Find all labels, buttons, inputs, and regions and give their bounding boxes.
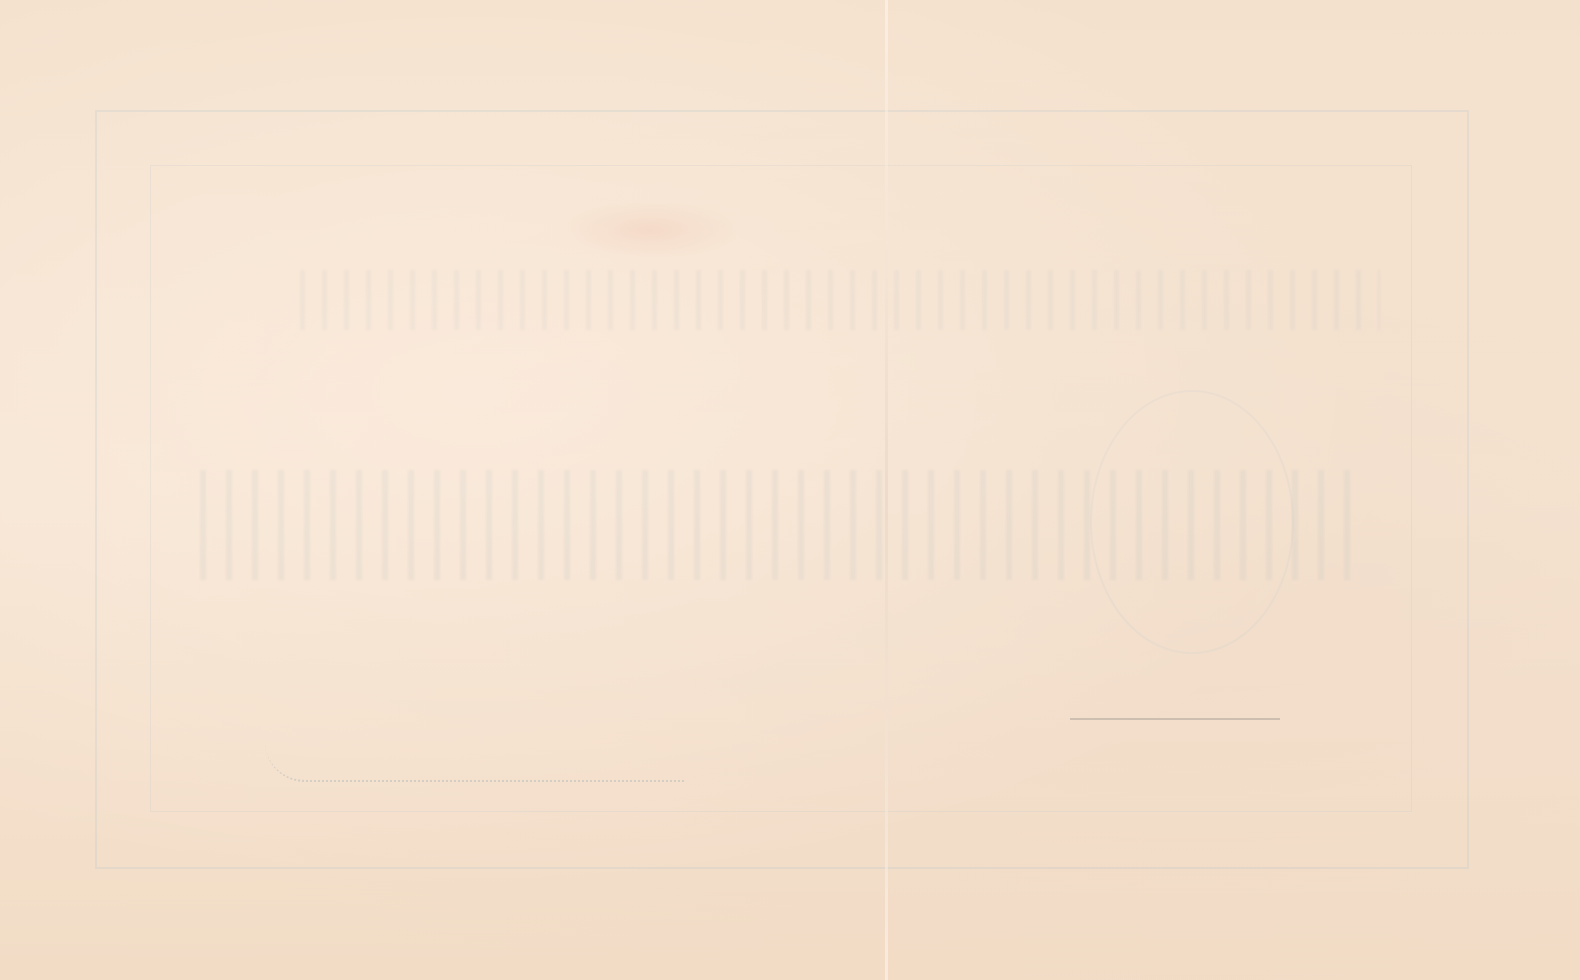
bleed-through-signature <box>265 690 685 782</box>
faint-red-stamp <box>560 200 740 260</box>
signature-line <box>1070 718 1280 720</box>
fold-crease <box>885 0 888 980</box>
paper-sheet <box>0 0 1580 980</box>
faint-seal-outline <box>1090 390 1294 654</box>
bleed-through-heading-text <box>300 270 1380 330</box>
